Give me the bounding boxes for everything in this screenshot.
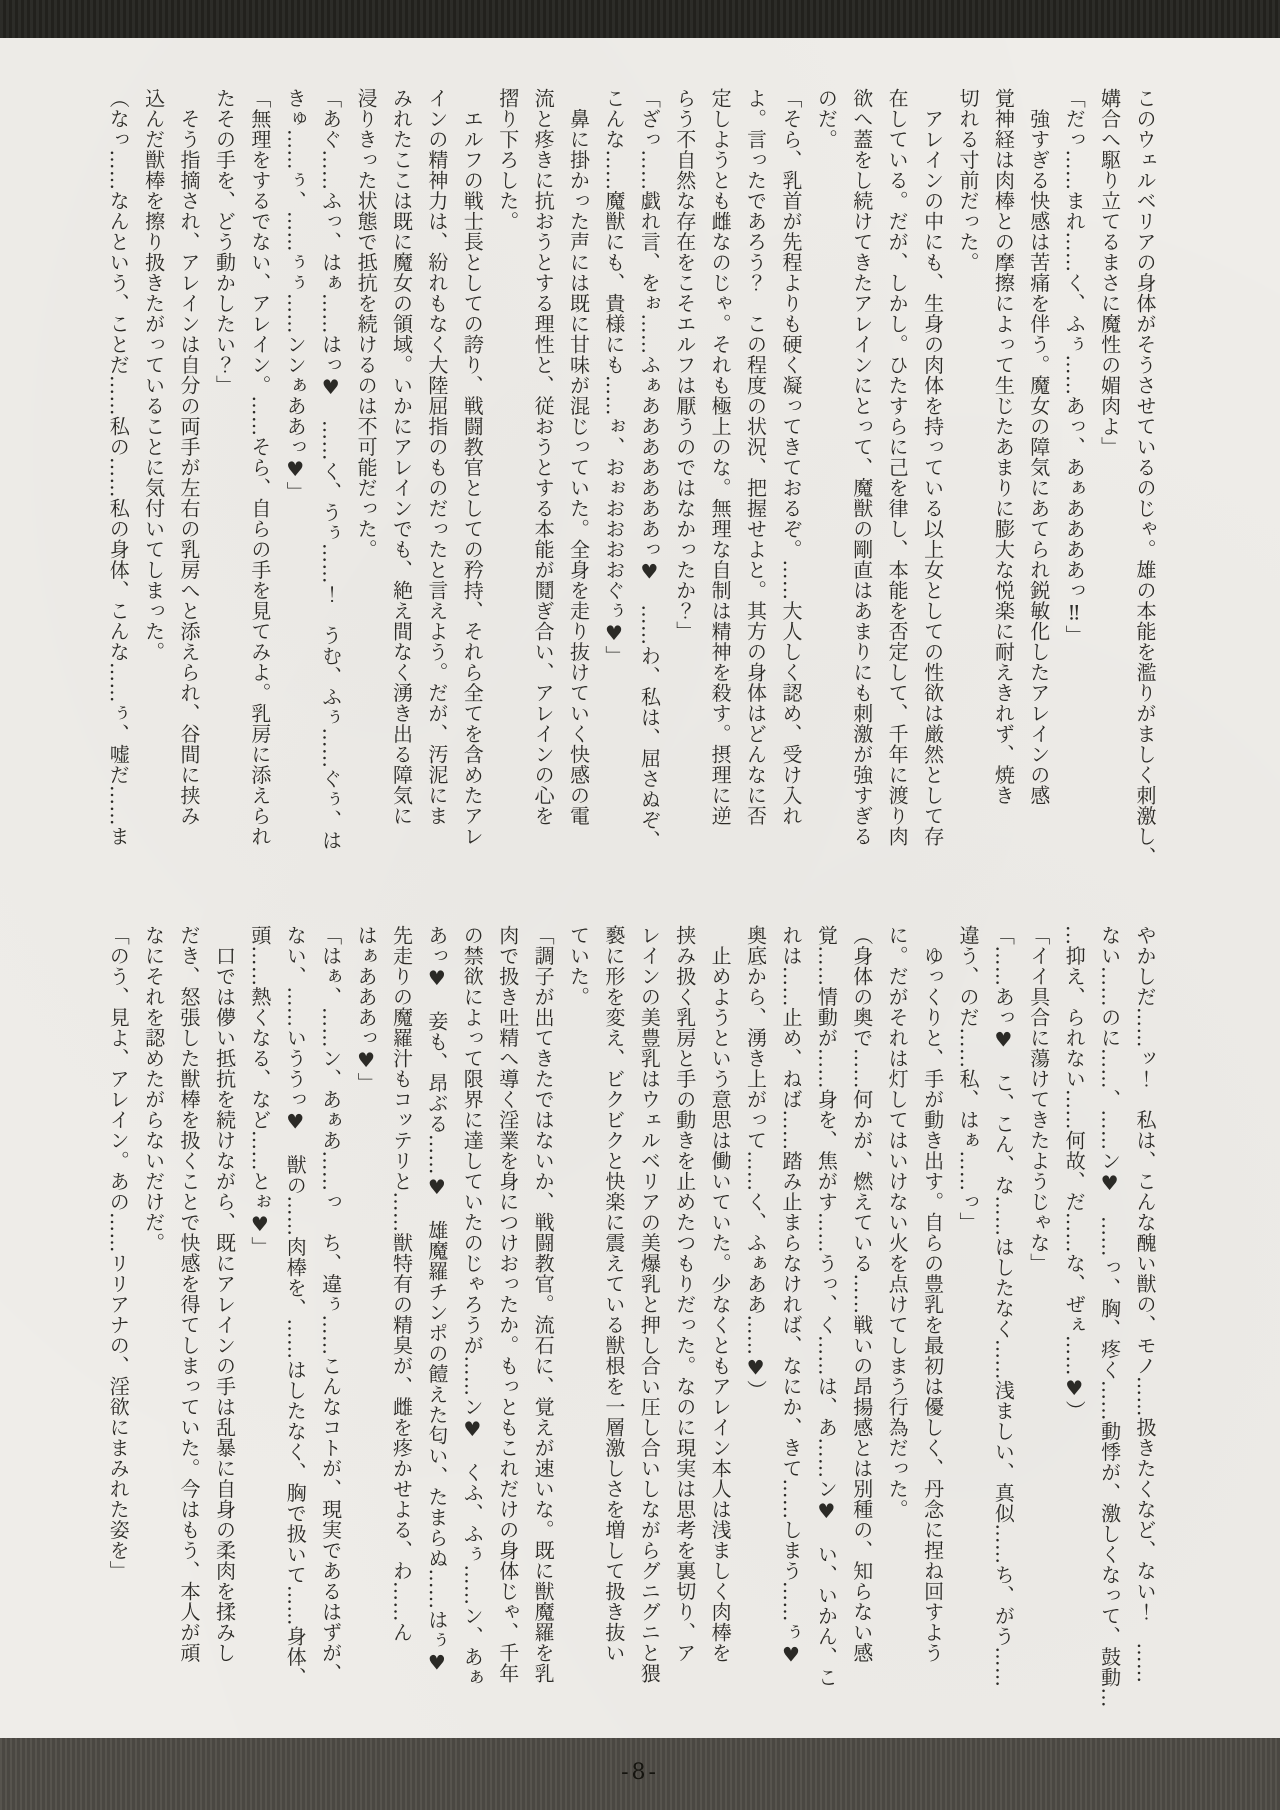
- text-column: 摺り下ろした。: [489, 88, 524, 883]
- text-column: 「調子が出てきたではないか、戦闘教官。流石に、覚えが速いな。既に獣魔羅を乳: [525, 925, 560, 1720]
- text-column: 浸りきった状態で抵抗を続けるのは不可能だった。: [348, 88, 383, 883]
- text-column: 在している。だが、しかし。ひたすらに己を律し、本能を否定して、千年に渡り肉: [879, 88, 914, 883]
- text-column: 欲へ蓋をし続けてきたアレインにとって、魔獣の剛直はあまりにも刺激が強すぎる: [843, 88, 878, 883]
- text-column: 鼻に掛かった声には既に甘味が混じっていた。全身を走り抜けていく快感の電: [560, 88, 595, 883]
- text-column: アレインの中にも、生身の肉体を持っている以上女としての性欲は厳然として存: [914, 88, 949, 883]
- text-column: はぁあああっ♥」: [348, 925, 383, 1720]
- text-column: 切れる寸前だった。: [950, 88, 985, 883]
- text-column: 「そら、乳首が先程よりも硬く凝ってきておるぞ。……大人しく認め、受け入れ: [773, 88, 808, 883]
- text-column: 「イイ具合に蕩けてきたようじゃな」: [1020, 925, 1055, 1720]
- text-column: ない……のに……、……ン♥ ……っ、胸、疼く……動悸が、激しくなって、鼓動…: [1091, 925, 1126, 1720]
- text-column: あっ♥ 妾も、昂ぶる……♥ 雄魔羅チンポの饐えた匂い、たまらぬ……はぅ♥: [418, 925, 453, 1720]
- text-column: 「だっ……まれ……く、ふぅ……あっ、あぁああああっ‼」: [1056, 88, 1091, 883]
- text-column: そう指摘され、アレインは自分の両手が左右の乳房へと添えられ、谷間に挟み: [171, 88, 206, 883]
- text-column: 口では儚い抵抗を続けながら、既にアレインの手は乱暴に自身の柔肉を揉みし: [206, 925, 241, 1720]
- text-column: たその手を、どう動かしたい？」: [206, 88, 241, 883]
- text-column: エルフの戦士長としての誇り、戦闘教官としての矜持、それら全てを含めたアレ: [454, 88, 489, 883]
- text-column: 肉で扱き吐精へ導く淫業を身につけおったか。もっともこれだけの身体じゃ、千年: [489, 925, 524, 1720]
- text-column: 込んだ獣棒を擦り扱きたがっていることに気付いてしまった。: [135, 88, 170, 883]
- text-column: やかしだ……ッ！ 私は、こんな醜い獣の、モノ……扱きたくなど、ない！ ……: [1127, 925, 1162, 1720]
- text-column: インの精神力は、紛れもなく大陸屈指のものだったと言えよう。だが、汚泥にま: [418, 88, 453, 883]
- text-column: 違う、のだ……私、はぁ……っ」: [950, 925, 985, 1720]
- text-column: 覚……情動が……身を、焦がす……うっ、く……は、あ……ン♥ い、いかん、こ: [808, 925, 843, 1720]
- text-column: （身体の奥で……何かが、燃えている……戦いの昂揚感とは別種の、知らない感: [843, 925, 878, 1720]
- text-column: 「はぁ、……ン、あぁあ……っ ち、違ぅ……こんなコトが、現実であるはずが、: [312, 925, 347, 1720]
- text-column: らう不自然な存在をこそエルフは厭うのではなかったか？」: [666, 88, 701, 883]
- text-column: 強すぎる快感は苦痛を伴う。魔女の障気にあてられ鋭敏化したアレインの感: [1020, 88, 1055, 883]
- text-column: 媾合へ駆り立てるまさに魔性の媚肉よ」: [1091, 88, 1126, 883]
- lower-text-block: やかしだ……ッ！ 私は、こんな醜い獣の、モノ……扱きたくなど、ない！ ……ない……: [100, 925, 1162, 1720]
- text-column: こんな……魔獣にも、貴様にも……ぉ、おぉおおおおぐぅ♥」: [596, 88, 631, 883]
- scanned-page: このウェルベリアの身体がそうさせているのじゃ。雄の本能を濫りがましく刺激し、媾合…: [0, 0, 1280, 1810]
- text-column: このウェルベリアの身体がそうさせているのじゃ。雄の本能を濫りがましく刺激し、: [1127, 88, 1162, 883]
- text-column: （なっ……なんという、ことだ……私の……私の身体、こんな……ぅ、嘘だ……ま: [100, 88, 135, 883]
- text-column: きゅ……ぅ、……ぅぅ……ンンぁああっ♥」: [277, 88, 312, 883]
- text-column: 「無理をするでない、アレイン。……そら、自らの手を見てみよ。乳房に添えられ: [241, 88, 276, 883]
- text-column: に。だがそれは灯してはいけない火を点けてしまう行為だった。: [879, 925, 914, 1720]
- text-column: ない、……いううっ♥ 獣の……肉棒を、……はしたなく、胸で扱いて……身体、: [277, 925, 312, 1720]
- page-number: -8-: [0, 1760, 1280, 1785]
- text-column: だき、怒張した獣棒を扱くことで快感を得てしまっていた。今はもう、本人が頑: [171, 925, 206, 1720]
- text-column: なにそれを認めたがらないだけだ。: [135, 925, 170, 1720]
- top-scan-border-bar: [0, 0, 1280, 38]
- upper-text-block: このウェルベリアの身体がそうさせているのじゃ。雄の本能を濫りがましく刺激し、媾合…: [100, 88, 1162, 883]
- text-column: 挟み扱く乳房と手の動きを止めたつもりだった。なのに現実は思考を裏切り、ア: [666, 925, 701, 1720]
- text-column: 流と疼きに抗おうとする理性と、従おうとする本能が鬩ぎ合い、アレインの心を: [525, 88, 560, 883]
- text-column: のだ。: [808, 88, 843, 883]
- text-column: 「ざっ……戯れ言、をぉ……ふぁあああああああっ♥ ……わ、私は、屈さぬぞ、: [631, 88, 666, 883]
- text-column: 定しようとも雌なのじゃ。それも極上のな。無理な自制は精神を殺す。摂理に逆: [702, 88, 737, 883]
- text-column: ていた。: [560, 925, 595, 1720]
- text-column: 止めようという意思は働いていた。少なくともアレイン本人は浅ましく肉棒を: [702, 925, 737, 1720]
- text-column: よ。言ったであろう？ この程度の状況、把握せよと。其方の身体はどんなに否: [737, 88, 772, 883]
- bottom-scan-border-bar: -8-: [0, 1738, 1280, 1810]
- text-column: みれたここは既に魔女の領域。いかにアレインでも、絶え間なく湧き出る障気に: [383, 88, 418, 883]
- text-column: …抑え、られない……何故、だ……な、ぜぇ……♥）: [1056, 925, 1091, 1720]
- text-column: レインの美豊乳はウェルベリアの美爆乳と押し合い圧し合いしながらグニグニと猥: [631, 925, 666, 1720]
- text-column: の禁欲によって限界に達していたのじゃろうが……ン♥ くふ、ふぅ……ン、あぁ: [454, 925, 489, 1720]
- text-column: ゆっくりと、手が動き出す。自らの豊乳を最初は優しく、丹念に捏ね回すよう: [914, 925, 949, 1720]
- text-column: 頭……熱くなる、など……とぉ♥」: [241, 925, 276, 1720]
- text-column: れは……止め、ねば……踏み止まらなければ、なにか、きて……しまう……ぅ♥: [773, 925, 808, 1720]
- text-column: 覚神経は肉棒との摩擦によって生じたあまりに膨大な悦楽に耐えきれず、焼き: [985, 88, 1020, 883]
- text-column: 奥底から、湧き上がって……く、ふぁああ……♥）: [737, 925, 772, 1720]
- text-column: 「……あっ♥ こ、こん、な……はしたなく……浅ましい、真似……ち、がう……: [985, 925, 1020, 1720]
- text-column: 「のう、見よ、アレイン。あの……リリアナの、淫欲にまみれた姿を」: [100, 925, 135, 1720]
- text-column: 「あぐ……ふっ、はぁ……はっ♥ ……く、うぅ……！ うむ、ふぅ……ぐぅ、は: [312, 88, 347, 883]
- text-column: 先走りの魔羅汁もコッテリと……獣特有の精臭が、雌を疼かせよる、わ……ん: [383, 925, 418, 1720]
- text-column: 褻に形を変え、ビクビクと快楽に震えている獣根を一層激しさを増して扱き抜い: [596, 925, 631, 1720]
